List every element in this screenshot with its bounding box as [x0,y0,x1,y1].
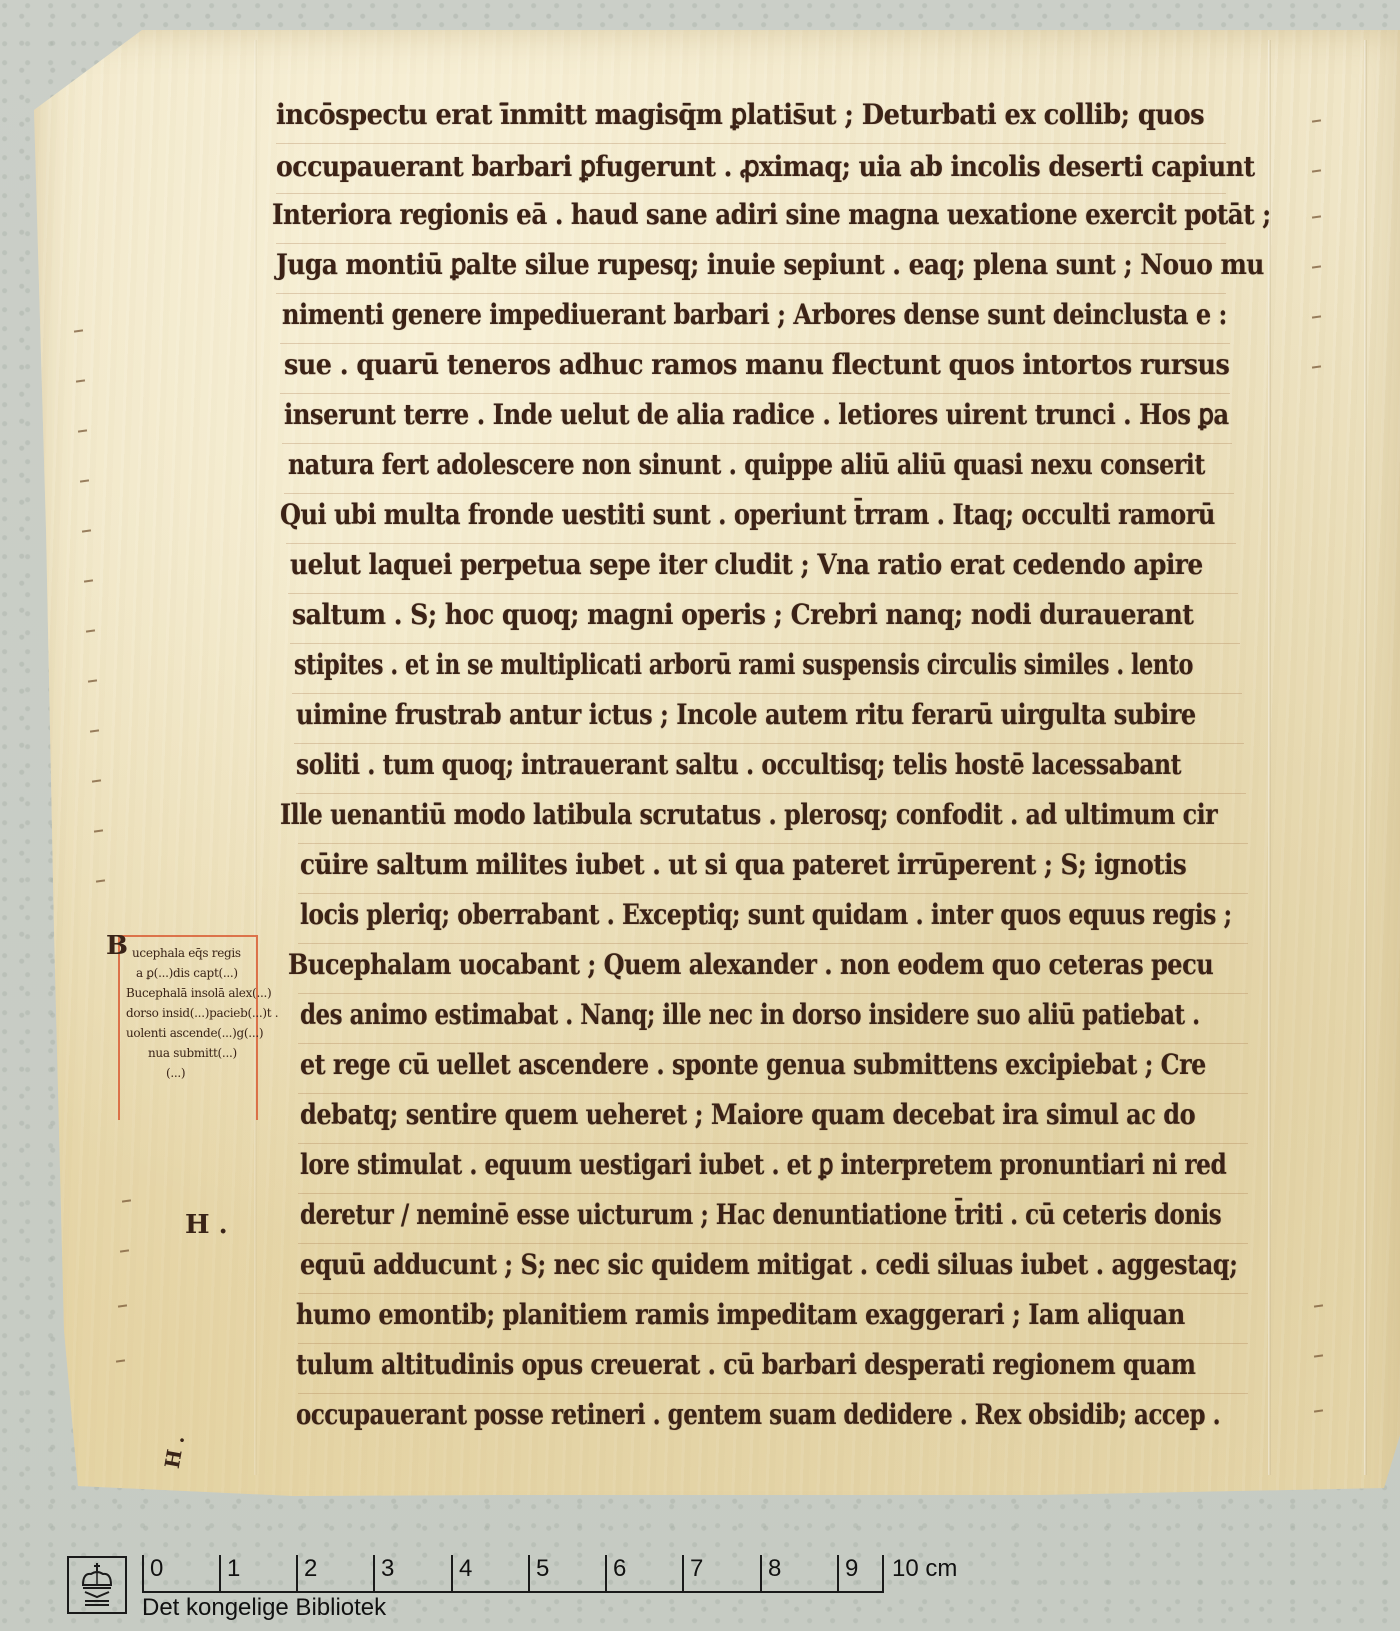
text-line: debatq; sentire quem ueheret ; Maiore qu… [300,1098,1195,1131]
text-line: cūire saltum milites iubet . ut si qua p… [300,848,1186,881]
marginal-note-line: Bucephalā insolā alex(...) [126,983,252,1003]
scale-tick: 9 [837,1555,858,1591]
scale-tick: 8 [760,1555,781,1591]
institution-name: Det kongelige Bibliotek [142,1594,386,1622]
ruling-line [298,843,1248,844]
fold-crease [254,40,257,1475]
text-line: incōspectu erat ī̄nmitt magisq̄m ꝑlatis̄… [276,98,1204,131]
ruling-line [298,1143,1248,1144]
text-line: tulum altitudinis opus creuerat . cū bar… [296,1348,1195,1381]
ruling-line [276,243,1226,244]
text-line: uelut laquei perpetua sepe iter cludit ;… [290,548,1203,581]
crown-logo-icon [67,1556,127,1614]
scale-tick: 6 [605,1555,626,1591]
marginal-note-line: ucephala eq̄s regis [126,943,252,963]
ruling-line [276,293,1226,294]
text-line: et rege cū uellet ascendere . sponte gen… [300,1048,1206,1081]
fold-crease [1268,40,1271,1475]
ruling-line [298,893,1248,894]
text-line: saltum . S; hoc quoq; magni operis ; Cre… [292,598,1193,631]
marginal-note-line: (...) [126,1063,252,1083]
ruling-line [280,393,1230,394]
ruling-line [298,1193,1248,1194]
ruling-line [298,1293,1248,1294]
marginal-note-line: uolenti ascende(...)g(...) [126,1023,252,1043]
marginal-rubric-note: B ucephala eq̄s regis a ꝑ(...)dis capt(.… [118,935,258,1120]
ruling-line [298,943,1248,944]
text-line: occupauerant posse retineri . gentem sua… [296,1398,1220,1431]
fold-crease [1364,40,1367,1475]
scale-end-tick [882,1555,884,1591]
ruling-line [288,593,1238,594]
rubric-initial: B [106,931,128,961]
ruling-line [298,1393,1248,1394]
scale-bar: 0 1 2 3 4 5 6 7 8 9 [142,1555,884,1593]
ruling-line [286,543,1236,544]
text-line: Juga montiū ꝑalte silue rupesq; inuie se… [276,248,1264,281]
text-line: lore stimulat . equum uestigari iubet . … [300,1148,1226,1181]
scale-tick: 4 [451,1555,472,1591]
ruling-line [282,443,1232,444]
ruling-line [276,193,1226,194]
scale-unit-label: 10 cm [892,1555,957,1583]
ruling-line [298,1093,1248,1094]
text-line: Qui ubi multa fronde uestiti sunt . oper… [280,498,1215,531]
ruling-line [284,493,1234,494]
text-line: humo emontib; planitiem ramis impeditam … [296,1298,1185,1331]
text-line: des animo estimabat . Nanq; ille nec in … [300,998,1200,1031]
ruling-line [296,793,1246,794]
text-line: soliti . tum quoq; intrauerant saltu . o… [296,748,1181,781]
text-line: occupauerant barbari ꝑfugerunt . ꝓximaq;… [276,150,1255,183]
text-line: nimenti genere impediuerant barbari ; Ar… [282,298,1227,331]
scale-tick: 0 [142,1555,163,1591]
marginal-note-line: dorso insid(...)pacieb(...)t . [126,1003,252,1023]
ruling-line [294,743,1244,744]
ruling-line [292,693,1242,694]
ruling-line [298,1343,1248,1344]
marginal-note-line: a ꝑ(...)dis capt(...) [126,963,252,983]
text-line: Ille uenantiū modo latibula scrutatus . … [280,798,1217,831]
ruling-line [290,643,1240,644]
crown-logo-icon [77,1561,117,1609]
ruling-line [298,1243,1248,1244]
text-line: stipites . et in se multiplicati arborū … [294,648,1193,681]
ruling-line [276,143,1226,144]
text-line: locis pleriq; oberrabant . Exceptiq; sun… [300,898,1232,931]
marginal-note-line: nua submitt(...) [126,1043,252,1063]
text-line: natura fert adolescere non sinunt . quip… [288,448,1205,481]
scale-tick: 5 [528,1555,549,1591]
ruling-line [280,343,1230,344]
text-line: Bucephalam uocabant ; Quem alexander . n… [288,948,1213,981]
text-line: sue . quarū teneros adhuc ramos manu fle… [284,348,1229,381]
text-line: uimine frustrab antur ictus ; Incole aut… [296,698,1196,731]
scale-tick: 7 [682,1555,703,1591]
scale-tick: 1 [219,1555,240,1591]
text-line: deretur / neminē esse uicturum ; Hac den… [300,1198,1221,1231]
ruling-line [298,993,1248,994]
text-line: Interiora regionis eā . haud sane adiri … [272,198,1271,231]
text-line: equū adducunt ; S; nec sic quidem mitiga… [300,1248,1237,1281]
scale-tick: 3 [373,1555,394,1591]
text-line: inserunt terre . Inde uelut de alia radi… [284,398,1229,431]
scale-tick: 2 [296,1555,317,1591]
ruling-line [298,1043,1248,1044]
marginal-letter-mark: H . [185,1210,228,1240]
